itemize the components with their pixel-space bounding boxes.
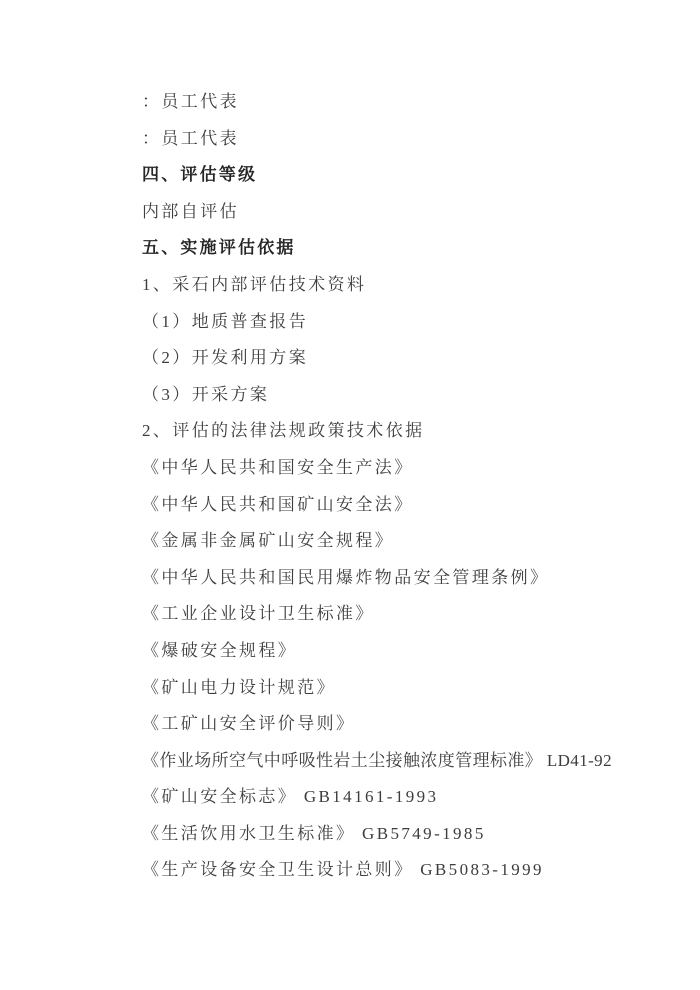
line-regulation-mine-electric-design: 《矿山电力设计规范》 [142, 670, 670, 707]
heading-evaluation-grade: 四、评估等级 [142, 157, 670, 194]
line-item-2-legal-basis: 2、评估的法律法规政策技术依据 [142, 413, 670, 450]
line-employee-rep-2: ：员工代表 [142, 121, 670, 158]
document-content: ：员工代表 ：员工代表 四、评估等级 内部自评估 五、实施评估依据 1、采石内部… [142, 84, 670, 889]
line-employee-rep-1: ：员工代表 [142, 84, 670, 121]
line-regulation-work-safety-law: 《中华人民共和国安全生产法》 [142, 450, 670, 487]
line-regulation-dust-exposure-standard: 《作业场所空气中呼吸性岩土尘接触浓度管理标准》 LD41-92 [142, 743, 670, 780]
line-internal-self-evaluation: 内部自评估 [142, 194, 670, 231]
line-regulation-mine-safety-signs: 《矿山安全标志》 GB14161-1993 [142, 779, 670, 816]
heading-evaluation-basis: 五、实施评估依据 [142, 230, 670, 267]
line-regulation-civil-explosives: 《中华人民共和国民用爆炸物品安全管理条例》 [142, 560, 670, 597]
line-regulation-mine-safety-law: 《中华人民共和国矿山安全法》 [142, 487, 670, 524]
line-item-1-sub-1-geology-report: （1）地质普查报告 [142, 304, 670, 341]
line-regulation-industrial-design-hygiene: 《工业企业设计卫生标准》 [142, 596, 670, 633]
line-regulation-production-equipment-design: 《生产设备安全卫生设计总则》 GB5083-1999 [142, 852, 670, 889]
line-item-1-sub-2-development-plan: （2）开发利用方案 [142, 340, 670, 377]
line-item-1-technical-materials: 1、采石内部评估技术资料 [142, 267, 670, 304]
line-regulation-blasting-safety: 《爆破安全规程》 [142, 633, 670, 670]
line-item-1-sub-3-mining-plan: （3）开采方案 [142, 377, 670, 414]
document-page: ：员工代表 ：员工代表 四、评估等级 内部自评估 五、实施评估依据 1、采石内部… [0, 0, 700, 990]
line-regulation-mine-safety-evaluation-guide: 《工矿山安全评价导则》 [142, 706, 670, 743]
line-regulation-drinking-water-standard: 《生活饮用水卫生标准》 GB5749-1985 [142, 816, 670, 853]
line-regulation-metal-nonmetal-mine-rules: 《金属非金属矿山安全规程》 [142, 523, 670, 560]
